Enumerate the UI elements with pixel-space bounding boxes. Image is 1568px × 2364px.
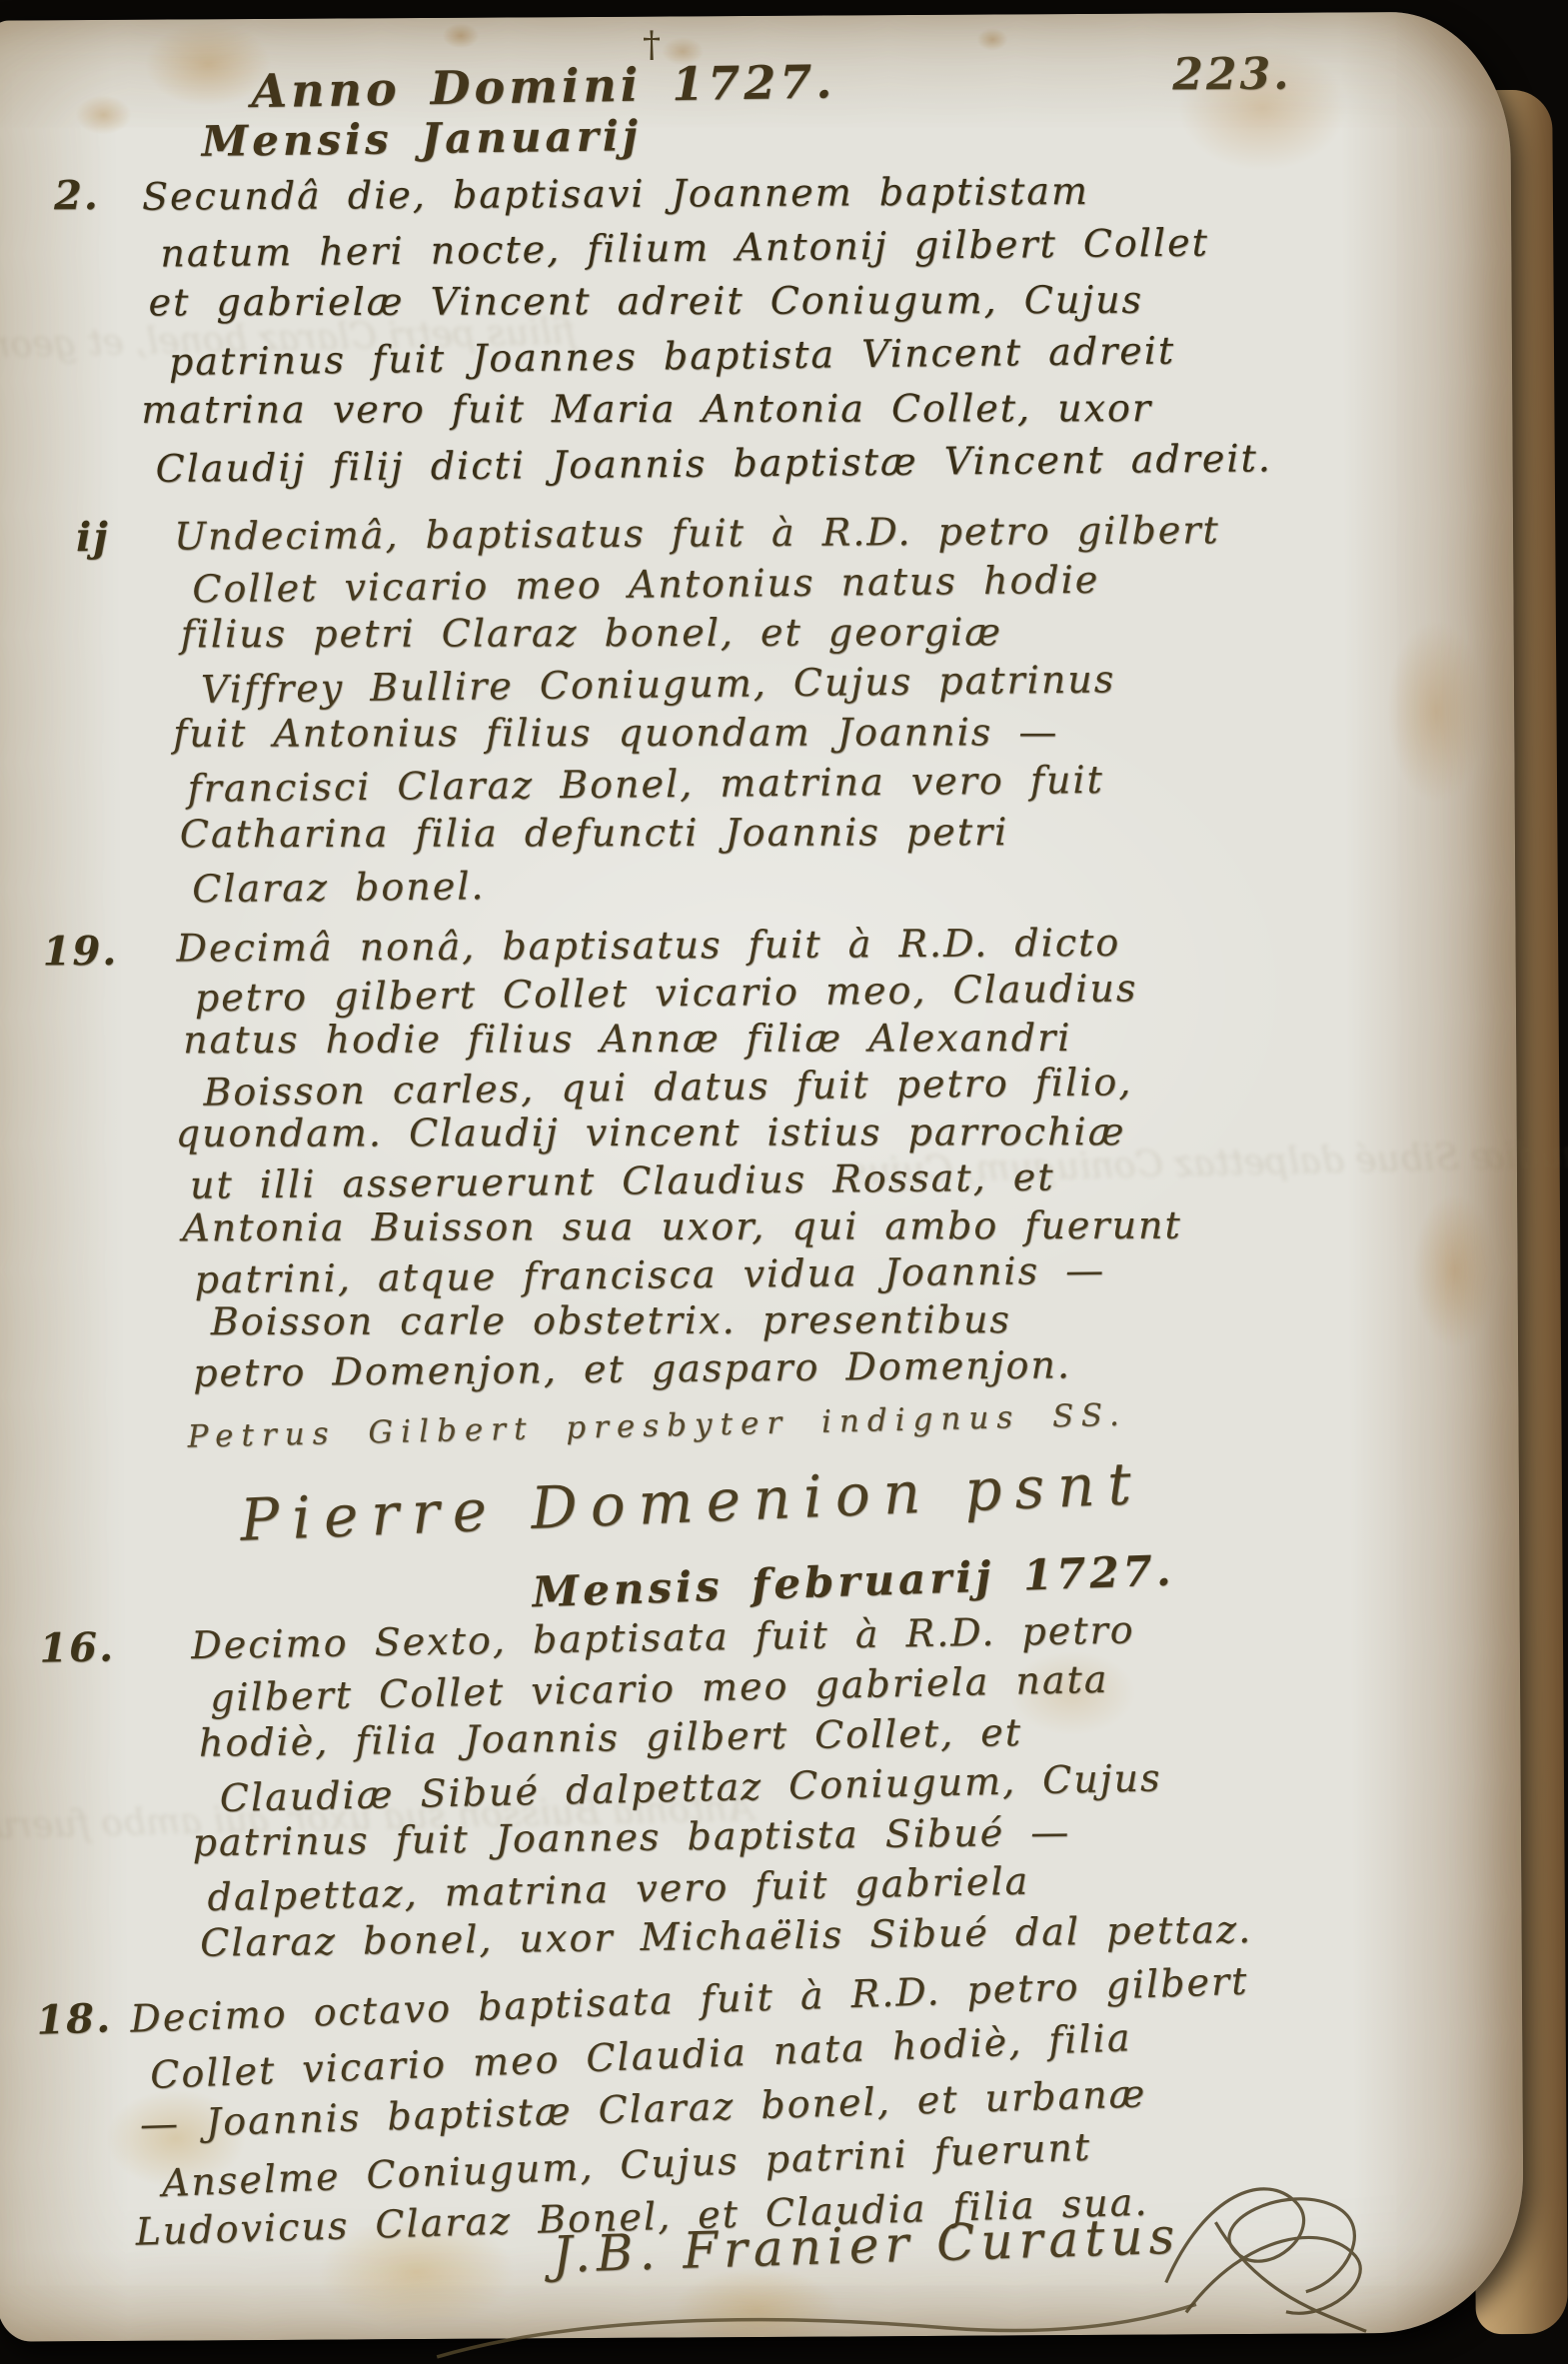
manuscript-line: patrini, atque francisca vidua Joannis — [194, 1243, 1471, 1303]
entry-number: 18. [36, 1994, 113, 2044]
witness-signature: Pierre Domenion psnt [239, 1449, 1145, 1554]
manuscript-line: Antonia Buisson sua uxor, qui ambo fueru… [182, 1201, 1471, 1251]
baptism-entry: 19. Decimâ nonâ, baptisatus fuit à R.D. … [0, 918, 1472, 1396]
manuscript-line: natum heri nocte, filium Antonij gilbert… [160, 213, 1465, 281]
manuscript-line: patrinus fuit Joannes baptista Vincent a… [169, 320, 1467, 389]
manuscript-line: petro Domenjon, et gasparo Domenjon. [193, 1337, 1472, 1396]
baptism-entry: 2. Secundâ die, baptisavi Joannem baptis… [0, 162, 1467, 495]
entry-number: 16. [39, 1623, 115, 1671]
baptism-entry: ij Undecimâ, baptisatus fuit à R.D. petr… [0, 504, 1469, 913]
signature-underline-swash [427, 2292, 1206, 2364]
manuscript-photo: filius petri Claraz bonel, et georgiæ Cl… [0, 0, 1568, 2364]
manuscript-line: filius petri Claraz bonel, et georgiæ [181, 606, 1468, 659]
month-heading-january: Mensis Januarij [201, 111, 642, 166]
entry-number: ij [76, 514, 110, 561]
parish-register-page: filius petri Claraz bonel, et georgiæ Cl… [0, 11, 1524, 2341]
manuscript-line: Boisson carles, qui datus fuit petro fil… [203, 1055, 1470, 1116]
manuscript-line: et gabrielæ Vincent adreit Coniugum, Cuj… [149, 272, 1466, 329]
manuscript-line: quondam. Claudij vincent istius parrochi… [176, 1108, 1471, 1157]
manuscript-line: Claraz bonel. [192, 851, 1469, 914]
manuscript-line: ut illi asseruerunt Claudius Rossat, et [190, 1150, 1471, 1208]
baptism-entry: 16. Decimo Sexto, baptisata fuit à R.D. … [0, 1599, 1478, 1974]
manuscript-line: fuit Antonius filius quondam Joannis — [173, 706, 1468, 758]
page-title: Anno Domini 1727. [251, 54, 836, 118]
manuscript-line: Collet vicario meo Antonius natus hodie [192, 551, 1467, 614]
entry-number: 2. [54, 172, 100, 219]
entry-number: 19. [42, 928, 118, 975]
priest-signature: Petrus Gilbert presbyter indignus SS. [187, 1397, 1127, 1455]
manuscript-line: Viffrey Bullire Coniugum, Cujus patrinus [201, 650, 1468, 714]
manuscript-line: Claudij filij dicti Joannis baptistæ Vin… [155, 429, 1466, 496]
manuscript-line: Catharina filia defuncti Joannis petri [180, 806, 1469, 859]
manuscript-line: francisci Claraz Bonel, matrina vero fui… [187, 751, 1468, 813]
page-number: 223. [1172, 49, 1291, 101]
manuscript-line: Boisson carle obstetrix. presentibus [211, 1295, 1472, 1345]
manuscript-line: matrina vero fuit Maria Antonia Collet, … [141, 381, 1466, 437]
